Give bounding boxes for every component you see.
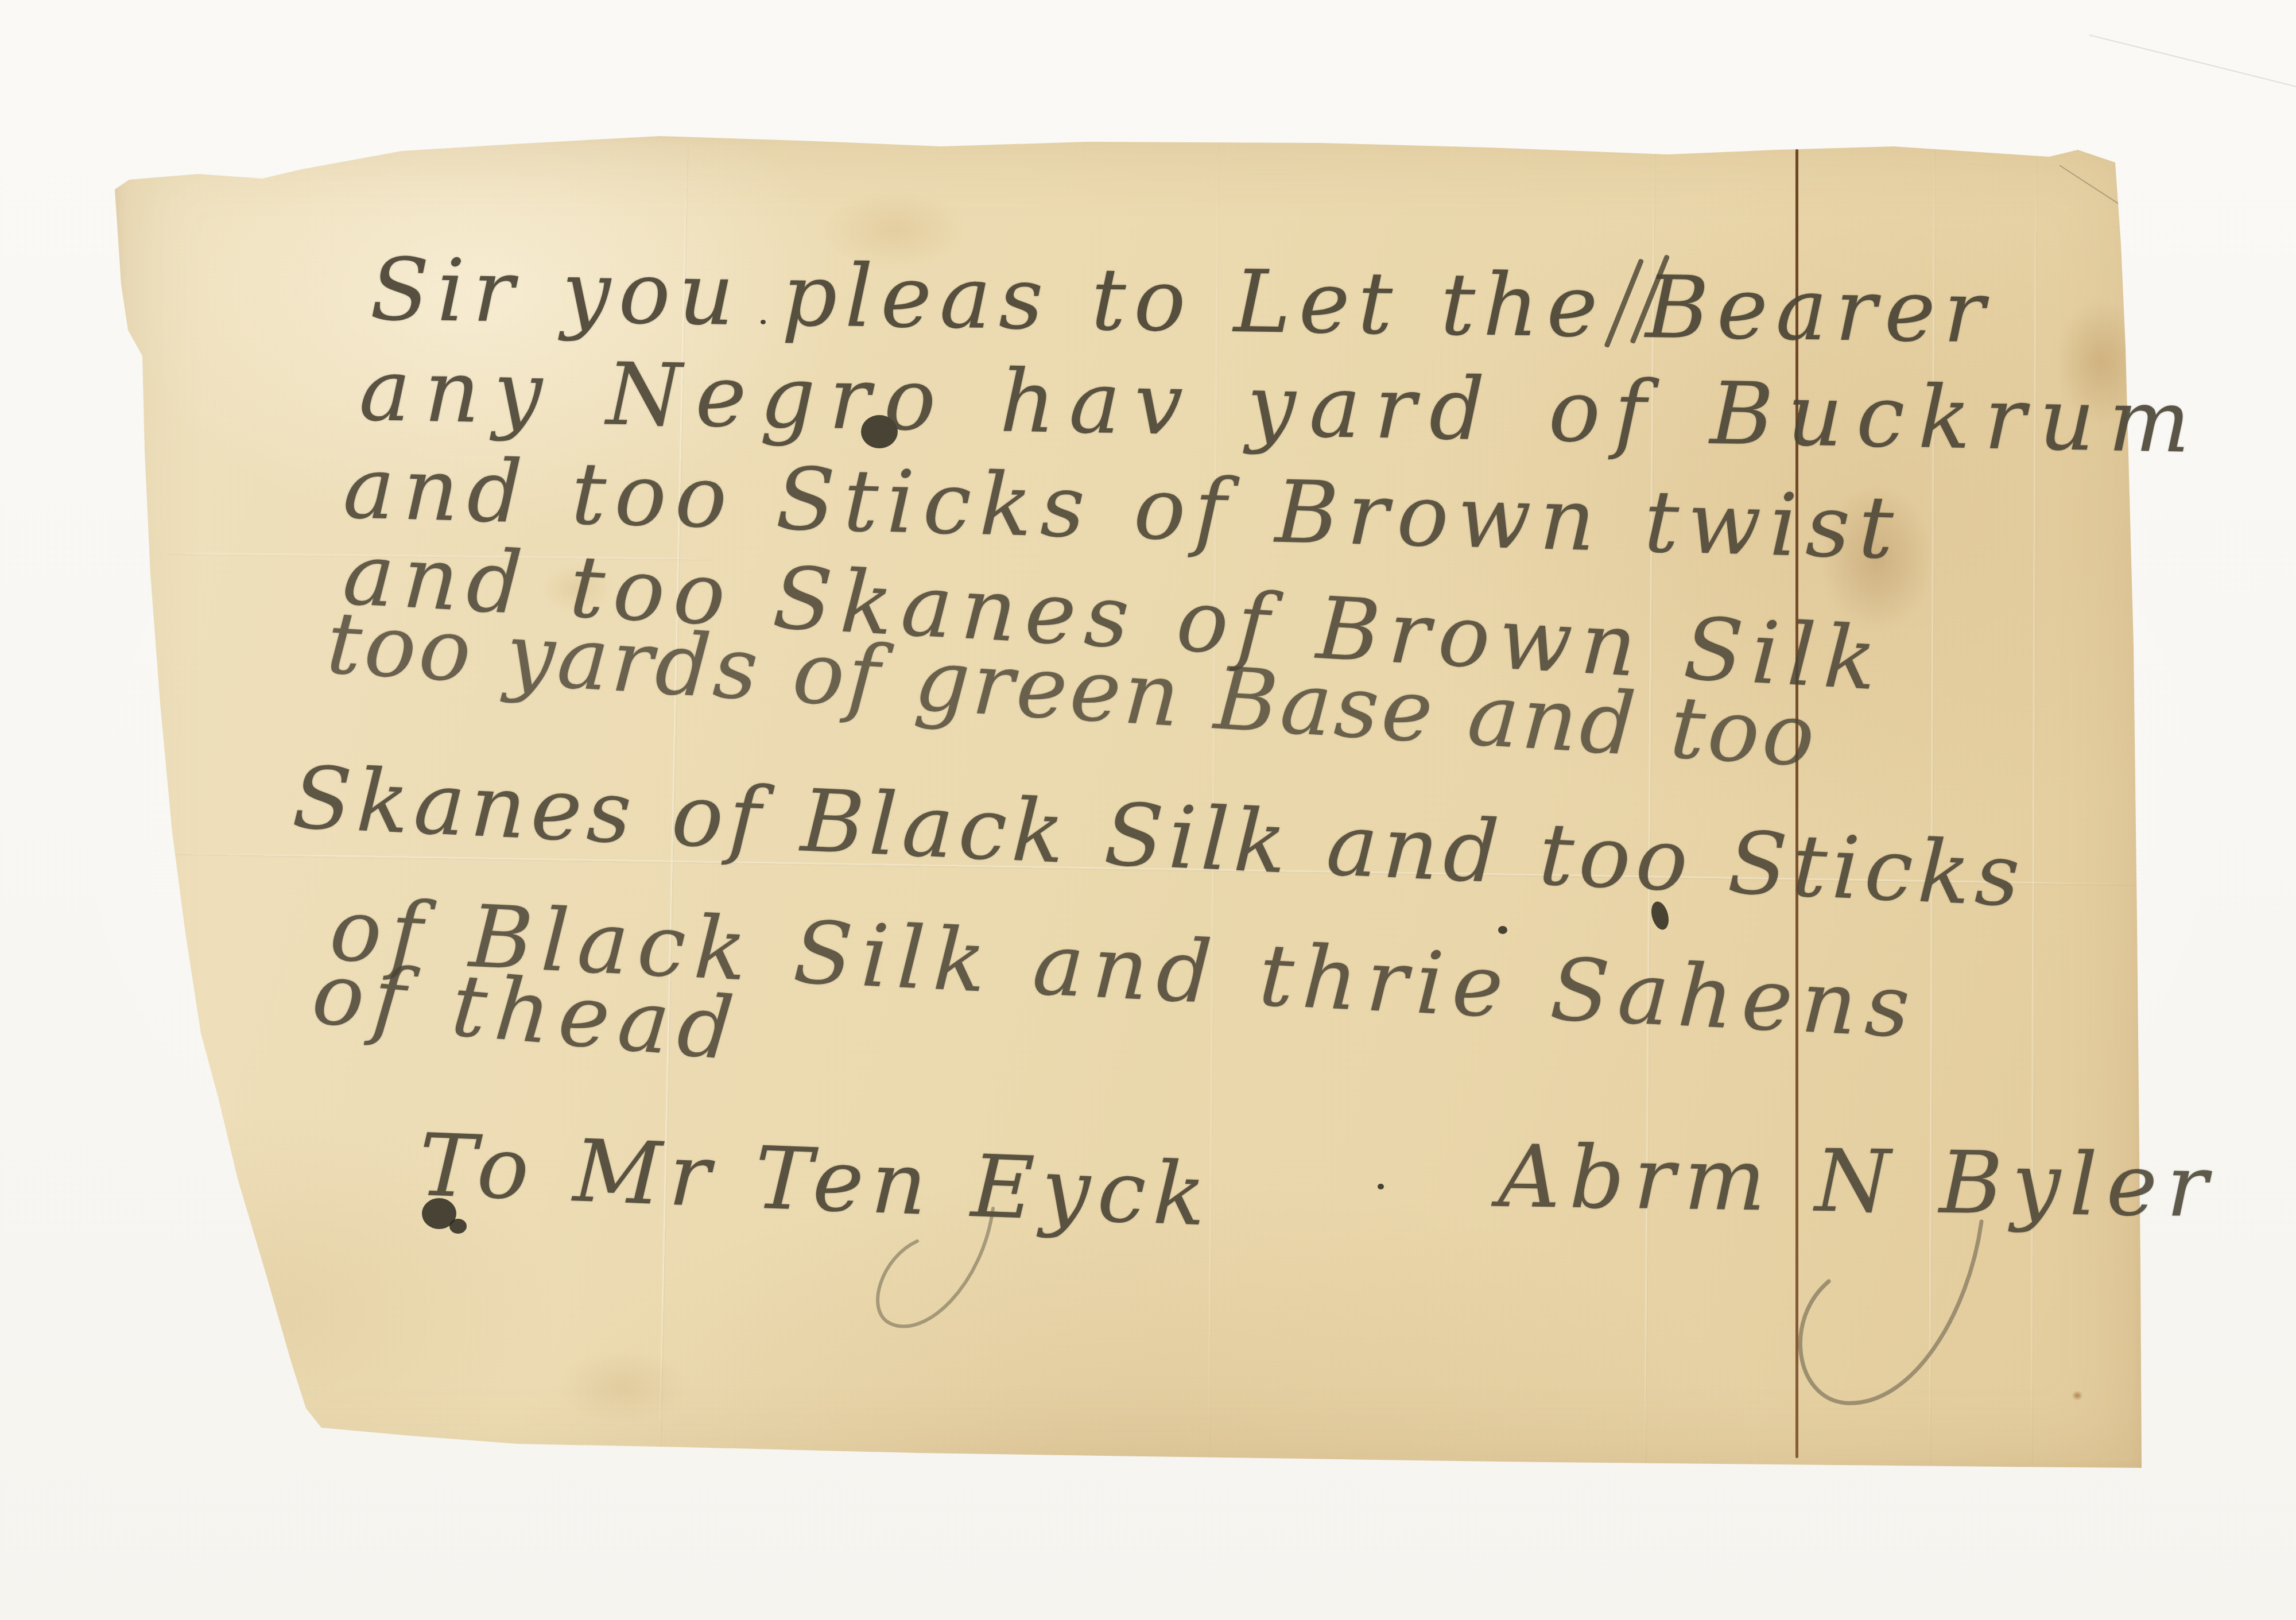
ink-blot — [449, 1219, 467, 1234]
corner-fold-crease — [2059, 165, 2120, 205]
scan-artifact-line — [2089, 34, 2296, 94]
paper-stain — [557, 1349, 689, 1424]
ink-blot — [1498, 926, 1507, 934]
scanner-bed-background: Sir you pleas to Let the Bearer any Negr… — [0, 0, 2296, 1620]
handwriting-line-1: Sir you pleas to Let the Bearer — [370, 247, 1994, 355]
vertical-fold-crease — [2030, 152, 2037, 1464]
signature: Abrm N Byler — [1498, 1134, 2217, 1230]
ink-speck — [1378, 1184, 1384, 1189]
paper-stain — [2072, 1391, 2082, 1400]
